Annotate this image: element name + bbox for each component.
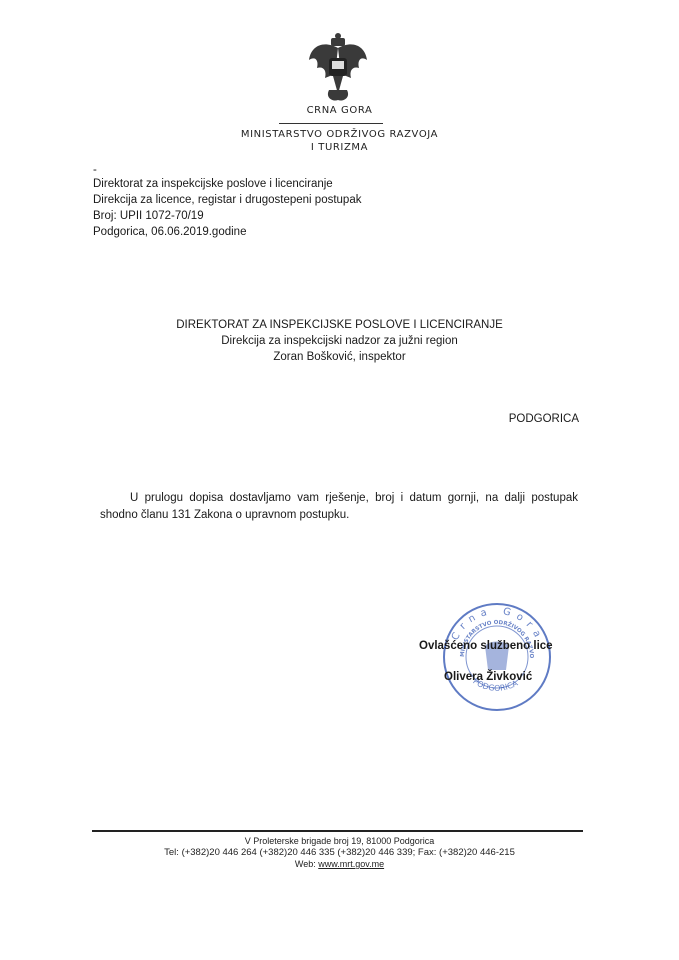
footer-web-label: Web:	[295, 859, 318, 869]
signatory-title: Ovlašćeno službeno lice	[419, 640, 553, 652]
footer-web: Web: www.mrt.gov.me	[0, 859, 679, 869]
sender-directorate: Direktorat za inspekcijske poslove i lic…	[93, 176, 361, 192]
ministry-name-line1: MINISTARSTVO ODRŽIVOG RAZVOJA	[0, 129, 679, 140]
footer-phones: Tel: (+382)20 446 264 (+382)20 446 335 (…	[0, 847, 679, 858]
signatory-name: Olivera Živković	[444, 671, 532, 683]
sender-directorate-unit: Direkcija za licence, registar i drugost…	[93, 192, 361, 208]
recipient-unit: Direkcija za inspekcijski nadzor za južn…	[0, 335, 679, 347]
header-divider	[279, 123, 383, 124]
recipient-directorate: DIREKTORAT ZA INSPEKCIJSKE POSLOVE I LIC…	[0, 319, 679, 331]
recipient-city: PODGORICA	[509, 413, 579, 425]
website-link[interactable]: www.mrt.gov.me	[318, 859, 384, 869]
body-paragraph: U prulogu dopisa dostavljamo vam rješenj…	[100, 490, 578, 524]
ministry-name-line2: I TURIZMA	[0, 142, 679, 153]
document-number: Broj: UPII 1072-70/19	[93, 208, 361, 224]
recipient-person: Zoran Bošković, inspektor	[0, 351, 679, 363]
official-stamp-icon: Crna Gora MINISTARSTVO ODRŽIVOG RAZVOJA …	[440, 600, 554, 714]
dash-marker: -	[93, 164, 361, 176]
sender-block: - Direktorat za inspekcijske poslove i l…	[93, 164, 361, 240]
coat-of-arms-icon	[305, 30, 371, 106]
footer-address: V Proleterske brigade broj 19, 81000 Pod…	[0, 836, 679, 846]
place-date: Podgorica, 06.06.2019.godine	[93, 224, 361, 240]
country-name: CRNA GORA	[0, 105, 679, 116]
footer-divider	[92, 830, 583, 832]
